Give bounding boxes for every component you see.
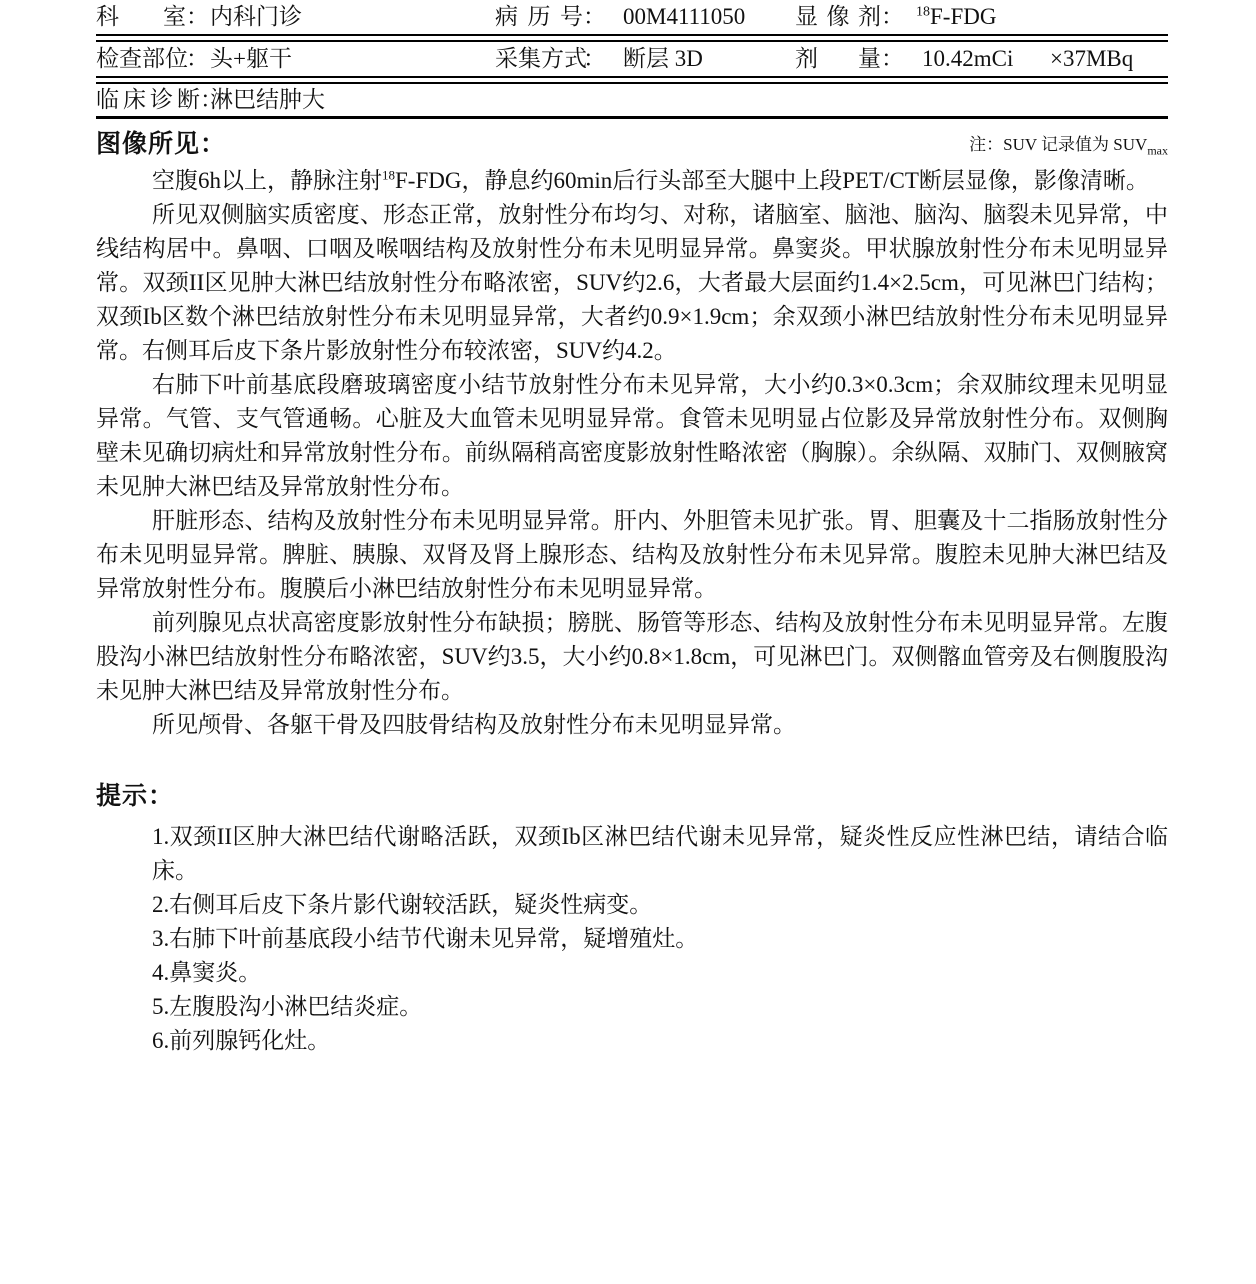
header-table: 科室： 内科门诊 病历号： 00M4111050 显像剂： 18F-FDG 检查… [96, 0, 1168, 119]
exam-region-value: 头+躯干 [210, 42, 292, 76]
report-page: 科室： 内科门诊 病历号： 00M4111050 显像剂： 18F-FDG 检查… [0, 0, 1256, 1284]
impression-item-3: 3.右肺下叶前基底段小结节代谢未见异常，疑增殖灶。 [152, 922, 1168, 956]
impression-list: 1.双颈II区肿大淋巴结代谢略活跃，双颈Ib区淋巴结代谢未见异常，疑炎性反应性淋… [152, 820, 1168, 1058]
divider-double-line-2 [96, 76, 1168, 84]
clinical-diagnosis-field: 临床诊断： [96, 84, 223, 116]
header-row-2: 检查部位： 头+躯干 采集方式： 断层 3D 剂量： 10.42mCi ×37M… [96, 42, 1168, 76]
exam-region-field: 检查部位： [96, 42, 209, 76]
acquisition-colon: ： [583, 46, 606, 71]
clinical-diagnosis-label: 临床诊断 [96, 84, 200, 116]
record-number-value: 00M4111050 [623, 0, 745, 34]
report-content: 科室： 内科门诊 病历号： 00M4111050 显像剂： 18F-FDG 检查… [96, 0, 1168, 1058]
findings-paragraph-abdomen: 肝脏形态、结构及放射性分布未见明显异常。肝内、外胆管未见扩张。胃、胆囊及十二指肠… [96, 504, 1168, 606]
record-number-label: 病历号 [495, 0, 583, 34]
impression-item-2: 2.右侧耳后皮下条片影代谢较活跃，疑炎性病变。 [152, 888, 1168, 922]
header-row-1: 科室： 内科门诊 病历号： 00M4111050 显像剂： 18F-FDG [96, 0, 1168, 34]
tracer-isotope-superscript: 18 [916, 4, 930, 19]
tracer-field: 显像剂： [795, 0, 904, 34]
exam-region-colon: ： [186, 46, 209, 71]
header-row-3: 临床诊断： 淋巴结肿大 [96, 84, 1168, 116]
findings-p1-pre: 空腹6h以上，静脉注射 [152, 168, 382, 193]
acquisition-label: 采集方式 [495, 42, 583, 76]
findings-paragraph-bones: 所见颅骨、各躯干骨及四肢骨结构及放射性分布未见明显异常。 [96, 708, 1168, 742]
impression-item-1: 1.双颈II区肿大淋巴结代谢略活跃，双颈Ib区淋巴结代谢未见异常，疑炎性反应性淋… [152, 820, 1168, 888]
clinical-diagnosis-value: 淋巴结肿大 [210, 84, 325, 116]
suv-note-subscript: max [1147, 143, 1168, 157]
department-colon: ： [186, 4, 209, 29]
tracer-label: 显像剂 [795, 0, 881, 34]
record-number-colon: ： [583, 4, 606, 29]
suv-note-text: 注：SUV 记录值为 SUV [969, 135, 1147, 154]
findings-paragraph-head-neck: 所见双侧脑实质密度、形态正常，放射性分布均匀、对称，诸脑室、脑池、脑沟、脑裂未见… [96, 198, 1168, 368]
department-label: 科室 [96, 0, 186, 34]
divider-single-line [96, 116, 1168, 119]
divider-double-line-1 [96, 34, 1168, 42]
tracer-agent-name: F-FDG [930, 4, 996, 29]
impression-item-5: 5.左腹股沟小淋巴结炎症。 [152, 990, 1168, 1024]
tracer-value: 18F-FDG [916, 0, 996, 34]
record-number-field: 病历号： [495, 0, 606, 34]
impression-item-4: 4.鼻窦炎。 [152, 956, 1168, 990]
impression-item-6: 6.前列腺钙化灶。 [152, 1024, 1168, 1058]
findings-paragraph-injection: 空腹6h以上，静脉注射18F-FDG，静息约60min后行头部至大腿中上段PET… [96, 164, 1168, 198]
department-field: 科室： [96, 0, 209, 34]
dose-value-mci: 10.42mCi [922, 42, 1013, 76]
suv-note: 注：SUV 记录值为 SUVmax [969, 132, 1168, 158]
findings-paragraph-pelvis: 前列腺见点状高密度影放射性分布缺损；膀胱、肠管等形态、结构及放射性分布未见明显异… [96, 606, 1168, 708]
findings-p1-post: F-FDG，静息约60min后行头部至大腿中上段PET/CT断层显像，影像清晰。 [395, 168, 1149, 193]
exam-region-label: 检查部位 [96, 42, 186, 76]
findings-title: 图像所见： [96, 128, 226, 162]
findings-p1-isotope-superscript: 18 [382, 167, 395, 182]
findings-paragraph-chest: 右肺下叶前基底段磨玻璃密度小结节放射性分布未见异常，大小约0.3×0.3cm；余… [96, 368, 1168, 504]
dose-value-mbq: ×37MBq [1050, 42, 1133, 76]
acquisition-value: 断层 3D [623, 42, 703, 76]
acquisition-field: 采集方式： [495, 42, 606, 76]
dose-colon: ： [881, 46, 904, 71]
findings-header: 图像所见： 注：SUV 记录值为 SUVmax [96, 128, 1168, 164]
department-value: 内科门诊 [210, 0, 302, 34]
tracer-colon: ： [881, 4, 904, 29]
dose-label: 剂量 [795, 42, 881, 76]
impression-title: 提示： [96, 780, 1168, 814]
dose-field: 剂量： [795, 42, 904, 76]
